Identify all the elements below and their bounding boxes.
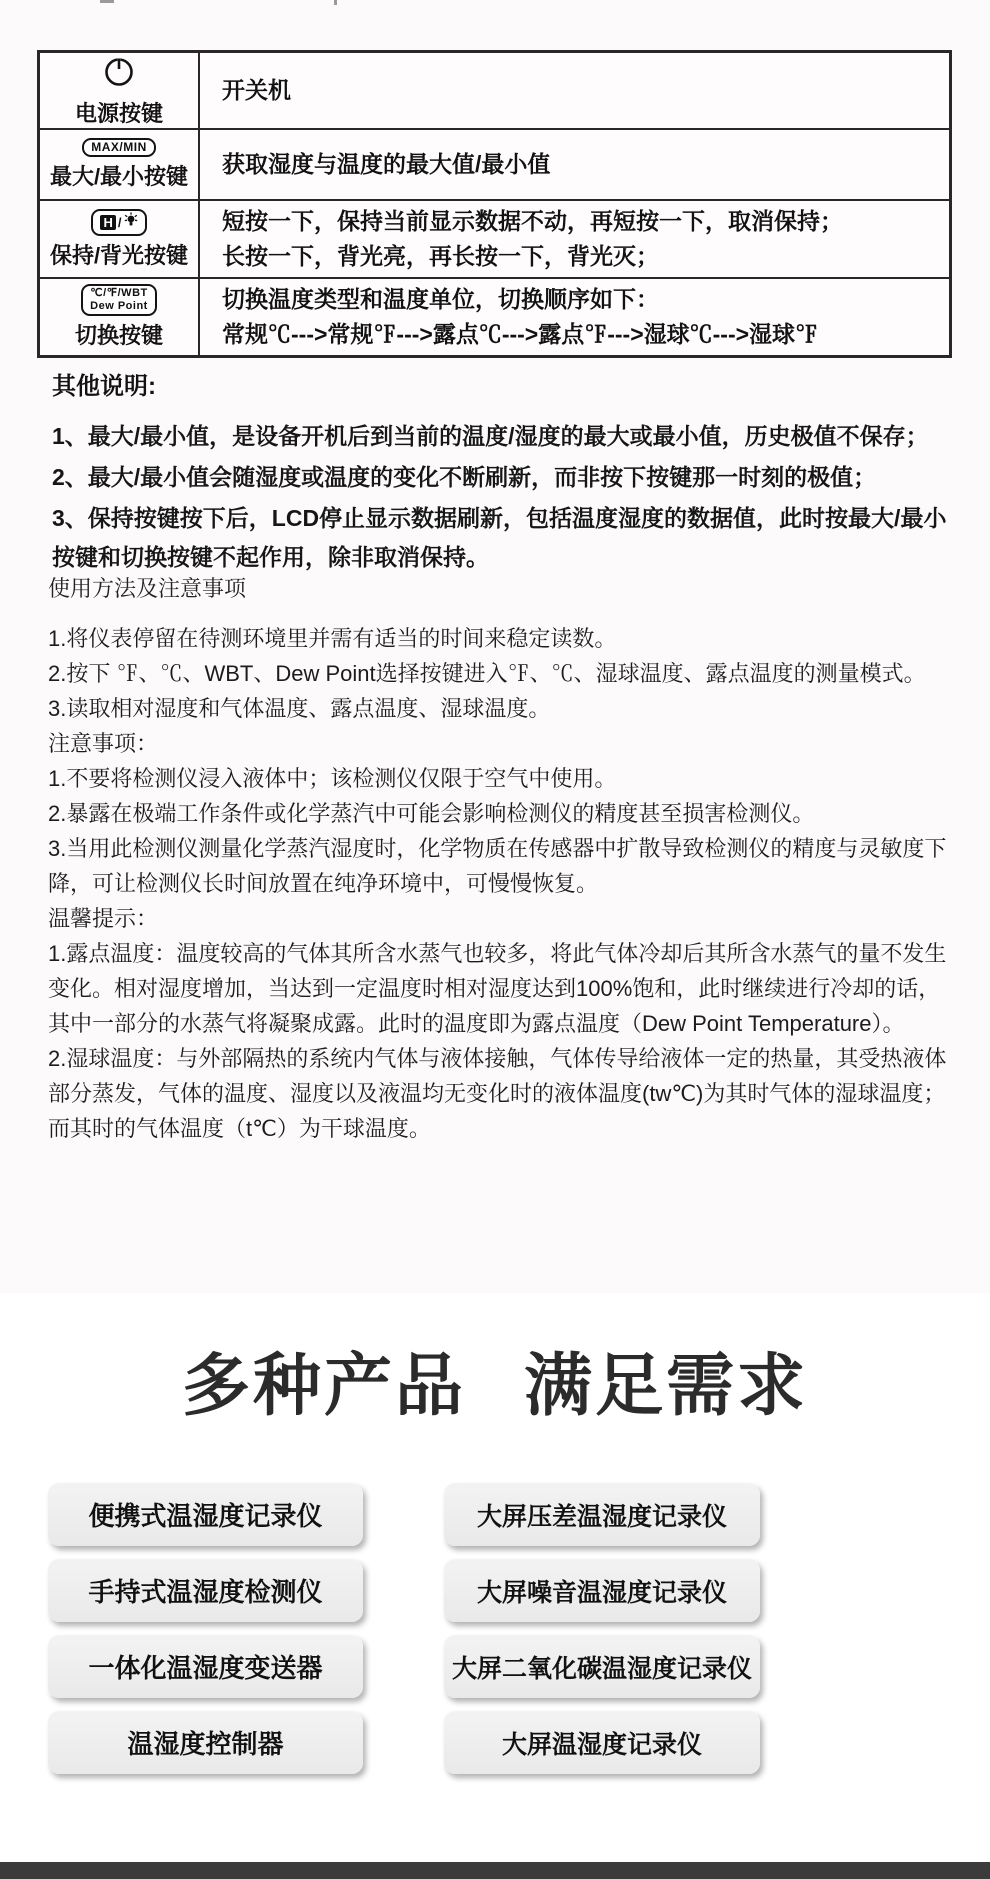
hold-icon-letter: H bbox=[100, 215, 115, 230]
key-description: 短按一下，保持当前显示数据不动，再短按一下，取消保持； bbox=[222, 205, 935, 238]
key-label: 保持/背光按键 bbox=[50, 239, 188, 270]
hold-backlight-key-icon: H / bbox=[91, 209, 146, 236]
table-row-power-key-cell: 电源按键 bbox=[40, 53, 200, 130]
usage-heading: 使用方法及注意事项 bbox=[48, 572, 950, 603]
backlight-bulb-icon bbox=[124, 212, 138, 233]
key-label: 最大/最小按键 bbox=[50, 160, 188, 191]
switch-icon-text-line2: Dew Point bbox=[90, 300, 148, 313]
note-item: 3、保持按键按下后，LCD停止显示数据刷新，包括温度湿度的数据值，此时按最大/最… bbox=[52, 499, 952, 577]
key-description: 获取湿度与温度的最大值/最小值 bbox=[222, 148, 935, 181]
table-row-power-desc-cell: 开关机 bbox=[200, 53, 949, 130]
product-button-bigscreen-co2-recorder[interactable]: 大屏二氧化碳温湿度记录仪 bbox=[444, 1635, 760, 1698]
cropped-text-fragment bbox=[334, 0, 337, 5]
product-button-controller[interactable]: 温湿度控制器 bbox=[48, 1711, 363, 1774]
products-banner: 多种产品满足需求 bbox=[0, 1332, 990, 1429]
banner-title-right: 满足需求 bbox=[524, 1348, 808, 1424]
tips-subheading: 温馨提示： bbox=[48, 901, 950, 936]
cropped-text-fragment bbox=[100, 0, 114, 3]
banner-title: 多种产品满足需求 bbox=[182, 1348, 808, 1424]
table-row-maxmin-key-cell: MAX/MIN 最大/最小按键 bbox=[40, 130, 200, 201]
unit-switch-key-icon: ℃/℉/WBT Dew Point bbox=[81, 284, 157, 316]
instructions-section: 电源按键 开关机 MAX/MIN 最大/最小按键 获取湿度与温度的最大值/最小值… bbox=[0, 0, 990, 1293]
usage-line: 3.读取相对湿度和气体温度、露点温度、湿球温度。 bbox=[48, 691, 950, 726]
note-item: 2、最大/最小值会随湿度或温度的变化不断刷新，而非按下按键那一时刻的极值； bbox=[52, 458, 952, 497]
usage-line: 2.湿球温度：与外部隔热的系统内气体与液体接触，气体传导给液体一定的热量，其受热… bbox=[48, 1041, 950, 1146]
key-description: 常规℃--->常规℉--->露点℃--->露点℉--->湿球℃--->湿球℉ bbox=[222, 318, 935, 351]
product-button-bigscreen-pressure-recorder[interactable]: 大屏压差温湿度记录仪 bbox=[444, 1483, 760, 1546]
usage-line: 1.将仪表停留在待测环境里并需有适当的时间来稳定读数。 bbox=[48, 621, 950, 656]
max-min-key-icon: MAX/MIN bbox=[82, 138, 156, 157]
product-button-integrated-transmitter[interactable]: 一体化温湿度变送器 bbox=[48, 1635, 363, 1698]
table-row-hold-key-cell: H / bbox=[40, 201, 200, 279]
table-row-switch-desc-cell: 切换温度类型和温度单位，切换顺序如下： 常规℃--->常规℉--->露点℃---… bbox=[200, 279, 949, 355]
max-min-icon-text: MAX/MIN bbox=[91, 141, 147, 154]
switch-icon-text-line1: ℃/℉/WBT bbox=[90, 287, 147, 300]
usage-line: 2.暴露在极端工作条件或化学蒸汽中可能会影响检测仪的精度甚至损害检测仪。 bbox=[48, 796, 950, 831]
footer-bar bbox=[0, 1862, 990, 1879]
key-description: 开关机 bbox=[222, 74, 935, 107]
product-button-portable-recorder[interactable]: 便携式温湿度记录仪 bbox=[48, 1483, 363, 1546]
banner-title-left: 多种产品 bbox=[182, 1348, 466, 1424]
cautions-subheading: 注意事项： bbox=[48, 726, 950, 761]
usage-line: 1.不要将检测仪浸入液体中；该检测仪仅限于空气中使用。 bbox=[48, 761, 950, 796]
button-function-table: 电源按键 开关机 MAX/MIN 最大/最小按键 获取湿度与温度的最大值/最小值… bbox=[37, 50, 952, 358]
slash-glyph: / bbox=[118, 215, 122, 230]
product-button-bigscreen-noise-recorder[interactable]: 大屏噪音温湿度记录仪 bbox=[444, 1559, 760, 1622]
product-button-bigscreen-recorder[interactable]: 大屏温湿度记录仪 bbox=[444, 1711, 760, 1774]
product-column-left: 便携式温湿度记录仪 手持式温湿度检测仪 一体化温湿度变送器 温湿度控制器 bbox=[48, 1483, 363, 1774]
table-row-hold-desc-cell: 短按一下，保持当前显示数据不动，再短按一下，取消保持； 长按一下，背光亮，再长按… bbox=[200, 201, 949, 279]
other-notes-heading: 其他说明: bbox=[52, 366, 952, 401]
product-column-right: 大屏压差温湿度记录仪 大屏噪音温湿度记录仪 大屏二氧化碳温湿度记录仪 大屏温湿度… bbox=[444, 1483, 760, 1774]
other-notes-block: 其他说明: 1、最大/最小值，是设备开机后到当前的温度/湿度的最大或最小值，历史… bbox=[52, 366, 952, 579]
table-row-switch-key-cell: ℃/℉/WBT Dew Point 切换按键 bbox=[40, 279, 200, 355]
key-label: 电源按键 bbox=[75, 97, 163, 128]
table-row-maxmin-desc-cell: 获取湿度与温度的最大值/最小值 bbox=[200, 130, 949, 201]
note-item: 1、最大/最小值，是设备开机后到当前的温度/湿度的最大或最小值，历史极值不保存； bbox=[52, 417, 952, 456]
usage-line: 1.露点温度：温度较高的气体其所含水蒸气也较多，将此气体冷却后其所含水蒸气的量不… bbox=[48, 936, 950, 1041]
power-icon bbox=[101, 53, 137, 94]
product-button-handheld-detector[interactable]: 手持式温湿度检测仪 bbox=[48, 1559, 363, 1622]
usage-line: 2.按下 ℉、℃、WBT、Dew Point选择按键进入℉、℃、湿球温度、露点温… bbox=[48, 656, 950, 691]
product-detail-page: 电源按键 开关机 MAX/MIN 最大/最小按键 获取湿度与温度的最大值/最小值… bbox=[0, 0, 990, 1879]
usage-line: 3.当用此检测仪测量化学蒸汽湿度时，化学物质在传感器中扩散导致检测仪的精度与灵敏… bbox=[48, 831, 950, 901]
usage-instructions-block: 使用方法及注意事项 1.将仪表停留在待测环境里并需有适当的时间来稳定读数。 2.… bbox=[48, 572, 950, 1146]
key-label: 切换按键 bbox=[75, 319, 163, 350]
key-description: 切换温度类型和温度单位，切换顺序如下： bbox=[222, 283, 935, 316]
key-description: 长按一下，背光亮，再长按一下，背光灭； bbox=[222, 240, 935, 273]
